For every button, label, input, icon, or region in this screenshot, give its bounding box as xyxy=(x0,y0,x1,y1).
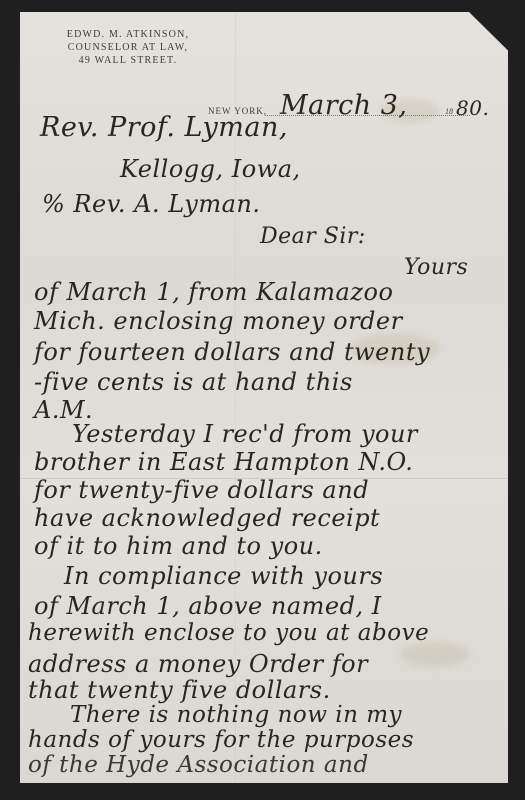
body-line: There is nothing now in my xyxy=(70,702,402,728)
dateline-year-prefix: 18 xyxy=(445,107,453,116)
body-line: of March 1, from Kalamazoo xyxy=(34,278,393,306)
letterhead-title: COUNSELOR AT LAW, xyxy=(38,41,218,54)
body-line: Yours xyxy=(404,255,468,280)
recipient-line: Rev. Prof. Lyman, xyxy=(40,112,288,143)
body-line: that twenty five dollars. xyxy=(28,676,331,704)
dateline-year: 80. xyxy=(456,96,489,120)
letterhead-address: 49 WALL STREET. xyxy=(38,54,218,67)
body-line: In compliance with yours xyxy=(64,562,383,590)
body-line: address a money Order for xyxy=(28,650,368,678)
care-of-line: % Rev. A. Lyman. xyxy=(42,190,261,218)
greeting: Dear Sir: xyxy=(260,224,366,249)
body-line: of it to him and to you. xyxy=(34,532,323,560)
dateline-date: March 3, xyxy=(280,90,408,121)
letterhead: EDWD. M. ATKINSON, COUNSELOR AT LAW, 49 … xyxy=(38,28,218,67)
body-line: hands of yours for the purposes xyxy=(28,727,414,753)
body-line: Mich. enclosing money order xyxy=(34,307,403,335)
body-line: for twenty-five dollars and xyxy=(34,476,369,504)
body-line: for fourteen dollars and twenty xyxy=(34,338,430,366)
body-line: have acknowledged receipt xyxy=(34,504,380,532)
body-line: herewith enclose to you at above xyxy=(28,620,429,646)
body-line: Yesterday I rec'd from your xyxy=(72,420,418,448)
recipient-location: Kellogg, Iowa, xyxy=(120,155,301,183)
letterhead-name: EDWD. M. ATKINSON, xyxy=(38,28,218,41)
body-line: brother in East Hampton N.O. xyxy=(34,448,413,476)
body-line: -five cents is at hand this xyxy=(34,368,353,396)
body-line: of March 1, above named, I xyxy=(34,592,382,620)
body-line: of the Hyde Association and xyxy=(28,752,369,778)
